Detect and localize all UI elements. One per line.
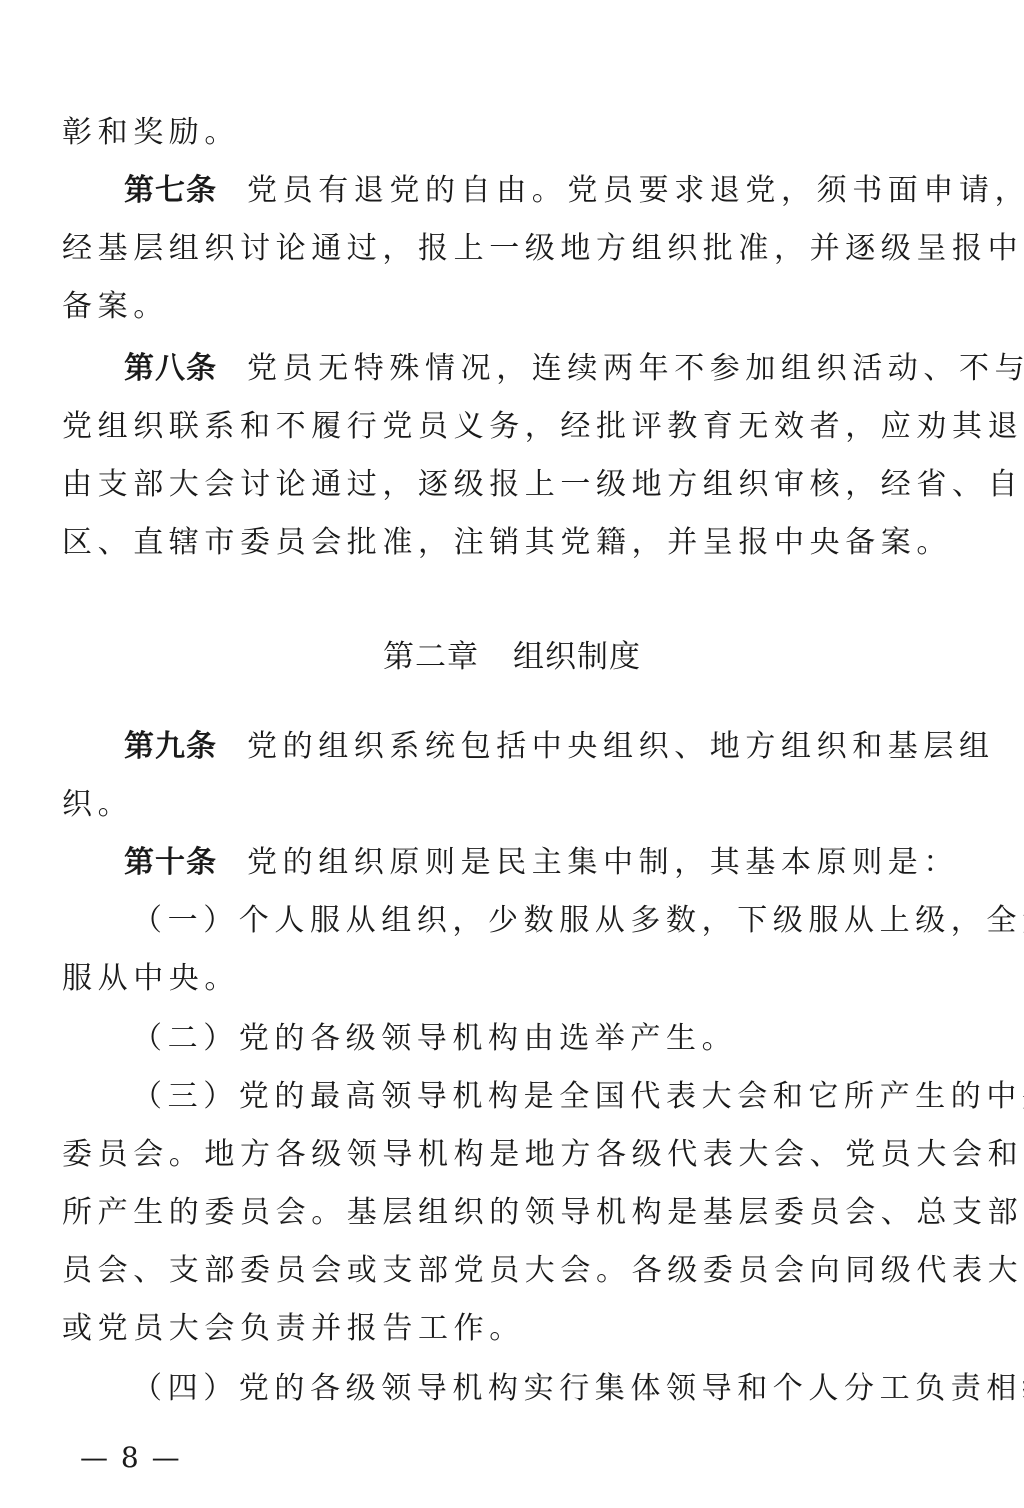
line-text: 服从中央。 bbox=[62, 961, 240, 996]
line-text: 所产生的委员会。基层组织的领导机构是基层委员会、总支部委 bbox=[62, 1195, 1024, 1230]
page-number: — 8 — bbox=[80, 1438, 182, 1478]
line-text: 员会、支部委员会或支部党员大会。各级委员会向同级代表大会 bbox=[62, 1253, 1024, 1288]
document-page: 彰和奖励。 第七条党员有退党的自由。党员要求退党，须书面申请， 经基层组织讨论通… bbox=[0, 0, 1024, 1508]
text-line: 织。 bbox=[62, 776, 974, 834]
line-text: 彰和奖励。 bbox=[62, 115, 240, 150]
text-line: 所产生的委员会。基层组织的领导机构是基层委员会、总支部委 bbox=[62, 1184, 974, 1242]
article-9-first-line: 第九条党的组织系统包括中央组织、地方组织和基层组 bbox=[124, 718, 974, 776]
article-label: 第七条 bbox=[124, 173, 217, 208]
line-text: 由支部大会讨论通过，逐级报上一级地方组织审核，经省、自治 bbox=[62, 467, 1024, 502]
line-text: 区、直辖市委员会批准，注销其党籍，并呈报中央备案。 bbox=[62, 525, 952, 560]
line-text: （三）党的最高领导机构是全国代表大会和它所产生的中央 bbox=[132, 1079, 1024, 1114]
line-text: 备案。 bbox=[62, 289, 169, 324]
text-line: 党组织联系和不履行党员义务，经批评教育无效者，应劝其退党， bbox=[62, 398, 974, 456]
line-text: （一）个人服从组织，少数服从多数，下级服从上级，全党 bbox=[132, 903, 1024, 938]
line-text: 或党员大会负责并报告工作。 bbox=[62, 1311, 525, 1346]
line-text: （四）党的各级领导机构实行集体领导和个人分工负责相结 bbox=[132, 1371, 1024, 1406]
article-label: 第九条 bbox=[124, 729, 217, 764]
text-line: 区、直辖市委员会批准，注销其党籍，并呈报中央备案。 bbox=[62, 514, 974, 572]
clause-2-line: （二）党的各级领导机构由选举产生。 bbox=[132, 1010, 974, 1068]
line-text: 党的组织原则是民主集中制，其基本原则是： bbox=[247, 845, 959, 880]
text-line: 员会、支部委员会或支部党员大会。各级委员会向同级代表大会 bbox=[62, 1242, 974, 1300]
article-8-first-line: 第八条党员无特殊情况，连续两年不参加组织活动、不与 bbox=[124, 340, 974, 398]
text-line: 委员会。地方各级领导机构是地方各级代表大会、党员大会和它 bbox=[62, 1126, 974, 1184]
text-line: 彰和奖励。 bbox=[62, 104, 974, 162]
clause-3-first-line: （三）党的最高领导机构是全国代表大会和它所产生的中央 bbox=[132, 1068, 974, 1126]
article-label: 第八条 bbox=[124, 351, 217, 386]
line-text: 织。 bbox=[62, 787, 133, 822]
line-text: 委员会。地方各级领导机构是地方各级代表大会、党员大会和它 bbox=[62, 1137, 1024, 1172]
text-line: 或党员大会负责并报告工作。 bbox=[62, 1300, 974, 1358]
chapter-heading: 第二章组织制度 bbox=[0, 628, 1024, 686]
line-text: 党的组织系统包括中央组织、地方组织和基层组 bbox=[247, 729, 995, 764]
article-label: 第十条 bbox=[124, 845, 217, 880]
clause-1-first-line: （一）个人服从组织，少数服从多数，下级服从上级，全党 bbox=[132, 892, 974, 950]
line-text: 经基层组织讨论通过，报上一级地方组织批准，并逐级呈报中央 bbox=[62, 231, 1024, 266]
text-line: 由支部大会讨论通过，逐级报上一级地方组织审核，经省、自治 bbox=[62, 456, 974, 514]
text-line: 备案。 bbox=[62, 278, 974, 336]
chapter-title: 组织制度 bbox=[513, 639, 641, 675]
line-text: 党员有退党的自由。党员要求退党，须书面申请， bbox=[247, 173, 1024, 208]
chapter-number: 第二章 bbox=[383, 639, 479, 675]
clause-4-first-line: （四）党的各级领导机构实行集体领导和个人分工负责相结 bbox=[132, 1360, 974, 1418]
line-text: （二）党的各级领导机构由选举产生。 bbox=[132, 1021, 737, 1056]
text-line: 经基层组织讨论通过，报上一级地方组织批准，并逐级呈报中央 bbox=[62, 220, 974, 278]
article-7-first-line: 第七条党员有退党的自由。党员要求退党，须书面申请， bbox=[124, 162, 974, 220]
article-10-first-line: 第十条党的组织原则是民主集中制，其基本原则是： bbox=[124, 834, 974, 892]
line-text: 党组织联系和不履行党员义务，经批评教育无效者，应劝其退党， bbox=[62, 409, 1024, 444]
text-line: 服从中央。 bbox=[62, 950, 974, 1008]
line-text: 党员无特殊情况，连续两年不参加组织活动、不与 bbox=[247, 351, 1024, 386]
